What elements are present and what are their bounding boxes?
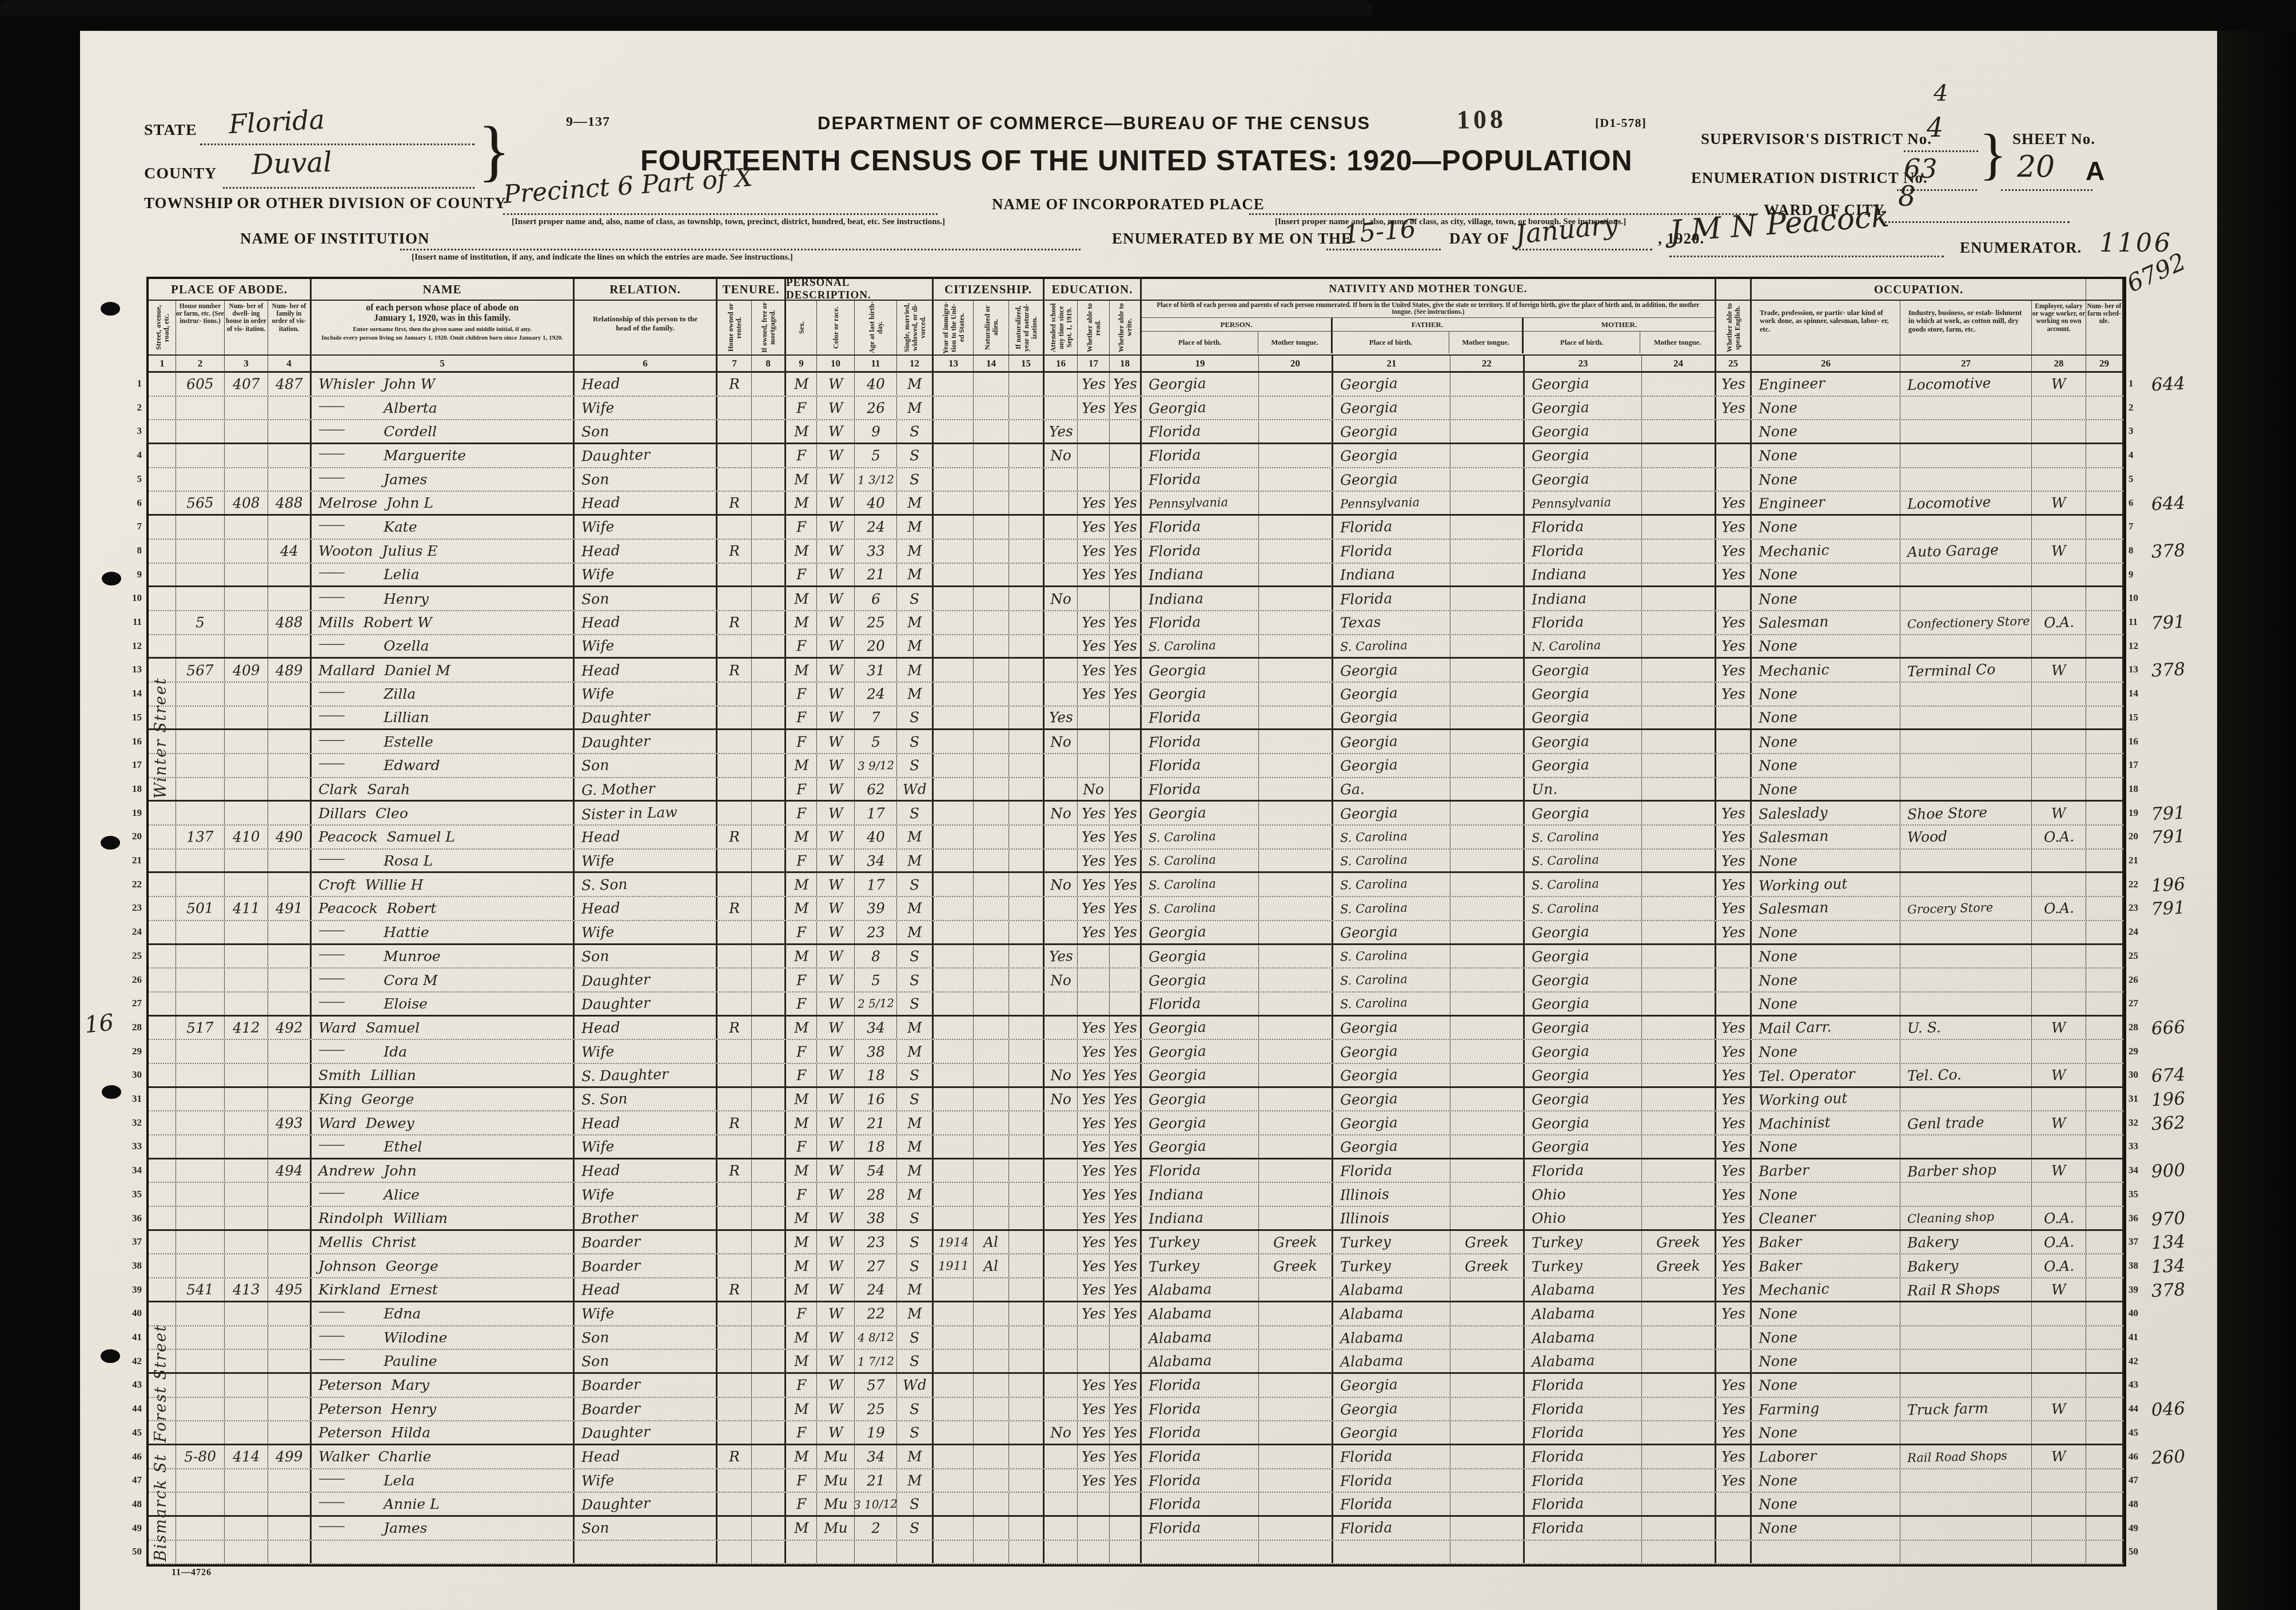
table-cell [1009, 1517, 1045, 1540]
table-cell: W [817, 850, 855, 872]
street-name-label: Winter Street [152, 489, 170, 799]
table-cell: 408 [225, 492, 268, 514]
table-cell: S [897, 1326, 934, 1349]
table-cell [1045, 1183, 1078, 1206]
table-cell [2086, 1302, 2124, 1325]
table-cell [718, 969, 752, 991]
column-label: Employer, salary or wage worker, or work… [2032, 301, 2086, 333]
table-cell [1900, 873, 2032, 896]
table-cell: Yes [1110, 802, 1142, 824]
table-cell: S. Carolina [1142, 873, 1259, 896]
table-cell [2086, 468, 2124, 491]
table-cell: W [817, 1398, 855, 1421]
table-cell [752, 1231, 786, 1254]
table-cell: 57 [855, 1374, 897, 1397]
table-cell [1045, 635, 1078, 657]
column-number: 24 [1642, 356, 1716, 373]
table-cell [1009, 921, 1045, 943]
table-cell: Daughter [575, 993, 718, 1015]
table-cell: F [786, 1421, 817, 1444]
table-cell [225, 1088, 268, 1111]
table-cell: W [2032, 373, 2086, 396]
table-row: ——AliceWifeFW28MYesYesIndianaIllinoisOhi… [149, 1183, 2124, 1207]
table-cell [934, 1111, 974, 1134]
sheet-label: SHEET No. [2012, 130, 2095, 148]
table-cell: Florida [1525, 1421, 1642, 1444]
table-cell: Indiana [1142, 1207, 1259, 1229]
table-cell: Auto Garage [1900, 540, 2032, 563]
table-cell [2032, 969, 2086, 991]
table-cell: W [817, 1183, 855, 1206]
table-cell [2086, 420, 2124, 443]
table-cell: S. Carolina [1333, 850, 1450, 872]
table-cell [2032, 1183, 2086, 1206]
table-cell [176, 1517, 225, 1540]
table-cell: Florida [1333, 1159, 1450, 1182]
table-cell [752, 1183, 786, 1206]
table-cell: Daughter [575, 707, 718, 729]
table-cell [1642, 754, 1716, 777]
table-cell [1900, 1040, 2032, 1063]
table-cell: Head [575, 373, 718, 396]
institution-note: [Insert name of institution, if any, and… [412, 253, 793, 262]
table-cell: Working out [1752, 873, 1900, 896]
table-cell: ——Wilodine [312, 1326, 575, 1349]
table-cell [1110, 444, 1142, 467]
table-cell: W [817, 969, 855, 991]
table-cell [1900, 850, 2032, 872]
table-cell [718, 1183, 752, 1206]
column-number: 15 [1009, 356, 1045, 373]
table-cell: Yes [1110, 1064, 1142, 1086]
table-cell: M [786, 1088, 817, 1111]
table-cell: Yes [1110, 492, 1142, 514]
table-cell [934, 1469, 974, 1492]
table-cell [752, 1326, 786, 1349]
table-cell: F [786, 707, 817, 729]
table-cell: Wife [575, 1040, 718, 1063]
table-cell: Florida [1142, 1159, 1259, 1182]
table-cell: Georgia [1525, 1064, 1642, 1086]
table-cell [1078, 1541, 1110, 1564]
table-cell: Terminal Co [1900, 659, 2032, 682]
row-number-left: 16 [117, 736, 142, 747]
column-label: Naturalized or alien. [983, 301, 999, 354]
table-cell: Yes [1078, 1159, 1110, 1182]
table-cell [1450, 730, 1525, 753]
table-cell: Sister in Law [575, 802, 718, 824]
table-cell [1450, 1111, 1525, 1134]
table-cell: Georgia [1142, 1064, 1259, 1086]
table-cell: Cleaner [1752, 1207, 1900, 1229]
table-cell [934, 993, 974, 1015]
table-cell [1900, 1088, 2032, 1111]
supervisor-value-above: 4 [1934, 80, 1948, 106]
table-cell [1009, 1135, 1045, 1158]
table-cell [1009, 468, 1045, 491]
table-cell [1259, 873, 1333, 896]
table-cell: 492 [268, 1017, 312, 1039]
table-cell [1110, 468, 1142, 491]
table-cell [1716, 969, 1752, 991]
table-cell: Georgia [1525, 754, 1642, 777]
table-cell [974, 1302, 1009, 1325]
column-label: Attended school any time since Sept. 1, … [1049, 301, 1073, 354]
table-cell [718, 1254, 752, 1277]
table-cell [1642, 683, 1716, 706]
table-cell: Laborer [1752, 1445, 1900, 1468]
table-cell: 23 [855, 921, 897, 943]
row-number-right: 17 [2128, 759, 2138, 771]
table-cell: Ga. [1333, 778, 1450, 800]
table-cell: Yes [1078, 683, 1110, 706]
table-cell: Yes [1110, 1445, 1142, 1468]
table-cell [1110, 420, 1142, 443]
table-cell: M [786, 659, 817, 682]
table-cell [1450, 444, 1525, 467]
table-cell: Greek [1259, 1231, 1333, 1254]
table-cell [1642, 897, 1716, 920]
table-cell [1259, 1207, 1333, 1229]
table-cell: 5-80 [176, 1445, 225, 1468]
table-cell [934, 1517, 974, 1540]
table-cell: CroftWillie H [312, 873, 575, 896]
table-cell [1259, 659, 1333, 682]
table-cell: S. Carolina [1333, 826, 1450, 848]
table-cell [225, 730, 268, 753]
column-label: Single, married, widowed, or di- vorced. [903, 301, 927, 354]
table-cell: Florida [1142, 993, 1259, 1015]
table-cell: Daughter [575, 730, 718, 753]
table-cell [934, 1445, 974, 1468]
row-number-left: 3 [117, 425, 142, 437]
table-cell: W [817, 802, 855, 824]
table-row: ——EloiseDaughterFW2 5/12SFloridaS. Carol… [149, 993, 2124, 1017]
table-cell [1450, 1135, 1525, 1158]
table-cell [974, 802, 1009, 824]
table-cell [1009, 683, 1045, 706]
table-cell: W [817, 540, 855, 563]
table-cell: W [817, 921, 855, 943]
table-cell: Wife [575, 850, 718, 872]
table-cell: None [1752, 921, 1900, 943]
table-cell [268, 1231, 312, 1254]
table-cell [149, 373, 176, 396]
column-label: If owned, free or mortgaged. [760, 301, 776, 354]
table-cell [1009, 945, 1045, 968]
table-cell: None [1752, 945, 1900, 968]
table-cell: W [817, 397, 855, 420]
table-cell: W [817, 1302, 855, 1325]
table-cell: None [1752, 1469, 1900, 1492]
table-cell [176, 1350, 225, 1372]
table-cell [1259, 802, 1333, 824]
table-cell: U. S. [1900, 1017, 2032, 1039]
table-cell: M [786, 373, 817, 396]
group-header: PERSONAL DESCRIPTION. [786, 279, 934, 301]
table-cell: Wife [575, 1469, 718, 1492]
table-cell [1716, 778, 1752, 800]
table-cell: Barber shop [1900, 1159, 2032, 1182]
table-cell [974, 587, 1009, 610]
table-cell [2086, 1159, 2124, 1182]
table-cell [1110, 969, 1142, 991]
row-number-right: 3 [2128, 425, 2134, 437]
row-number-left: 14 [117, 688, 142, 699]
table-cell: S. Carolina [1333, 897, 1450, 920]
street-name-label: Bismarck St [152, 1442, 170, 1562]
table-cell [1716, 1493, 1752, 1515]
table-cell [934, 850, 974, 872]
table-cell: Alabama [1333, 1278, 1450, 1301]
table-cell [1450, 873, 1525, 896]
table-cell [1450, 754, 1525, 777]
table-cell [268, 564, 312, 586]
table-cell [2032, 587, 2086, 610]
table-cell: Illinois [1333, 1183, 1450, 1206]
table-cell: Yes [1078, 516, 1110, 539]
table-cell [1900, 683, 2032, 706]
table-cell: ——Alice [312, 1183, 575, 1206]
table-cell: W [817, 707, 855, 729]
table-cell: 24 [855, 516, 897, 539]
column-label: Color or race. [832, 306, 840, 349]
table-cell [1450, 802, 1525, 824]
table-cell: Son [575, 754, 718, 777]
table-cell [934, 1326, 974, 1349]
table-cell [225, 969, 268, 991]
table-cell: Indiana [1525, 587, 1642, 610]
table-cell [1450, 1398, 1525, 1421]
table-cell: 31 [855, 659, 897, 682]
table-cell [1450, 778, 1525, 800]
row-number-right: 26 [2128, 974, 2138, 986]
table-cell [1259, 635, 1333, 657]
table-cell: None [1752, 993, 1900, 1015]
table-cell: Wife [575, 1183, 718, 1206]
table-cell [1009, 1278, 1045, 1301]
table-cell: Yes [1716, 1064, 1752, 1086]
table-cell: ——Pauline [312, 1350, 575, 1372]
table-cell [2086, 444, 2124, 467]
table-cell: Georgia [1333, 1111, 1450, 1134]
table-cell [1900, 969, 2032, 991]
table-cell [268, 1302, 312, 1325]
table-cell: None [1752, 635, 1900, 657]
table-cell [718, 1207, 752, 1229]
table-cell [1752, 1541, 1900, 1564]
table-cell [1450, 1207, 1525, 1229]
table-cell [934, 754, 974, 777]
table-cell: S [897, 969, 934, 991]
table-cell: 19 [855, 1421, 897, 1444]
table-cell: Georgia [1333, 802, 1450, 824]
table-cell [1900, 730, 2032, 753]
column-number: 10 [817, 356, 855, 373]
table-cell [268, 1135, 312, 1158]
table-cell [2032, 1469, 2086, 1492]
table-cell [752, 373, 786, 396]
table-cell: Yes [1716, 850, 1752, 872]
table-cell: None [1752, 850, 1900, 872]
column-number: 13 [934, 356, 974, 373]
table-cell [752, 492, 786, 514]
table-row: KingGeorgeS. SonMW16SNoYesYesGeorgiaGeor… [149, 1088, 2124, 1112]
institution-label: NAME OF INSTITUTION [240, 230, 430, 248]
table-cell: 34 [855, 1017, 897, 1039]
table-cell [1045, 683, 1078, 706]
table-cell: Georgia [1333, 1040, 1450, 1063]
table-cell: Wife [575, 564, 718, 586]
table-cell: 62 [855, 778, 897, 800]
row-number-left: 12 [117, 640, 142, 652]
table-cell [934, 468, 974, 491]
table-cell: Florida [1142, 540, 1259, 563]
table-cell [1009, 516, 1045, 539]
table-cell [2032, 1493, 2086, 1515]
table-cell [1450, 897, 1525, 920]
table-cell: M [897, 564, 934, 586]
table-cell: ——Ozella [312, 635, 575, 657]
table-cell: W [817, 993, 855, 1015]
table-cell: R [718, 659, 752, 682]
table-cell: M [786, 1326, 817, 1349]
table-cell: Georgia [1142, 802, 1259, 824]
table-cell [1642, 1493, 1716, 1515]
table-cell: Georgia [1333, 1017, 1450, 1039]
table-cell [1259, 1421, 1333, 1444]
table-cell: None [1752, 969, 1900, 991]
table-cell: Georgia [1525, 707, 1642, 729]
row-number-left: 39 [117, 1284, 142, 1296]
table-row: 493WardDeweyHeadRMW21MYesYesGeorgiaGeorg… [149, 1111, 2124, 1135]
table-cell: Son [575, 1517, 718, 1540]
table-cell [1259, 707, 1333, 729]
table-cell: W [817, 1159, 855, 1182]
table-cell: Yes [1716, 373, 1752, 396]
row-number-left: 40 [117, 1308, 142, 1319]
table-cell [752, 420, 786, 443]
table-cell [934, 540, 974, 563]
table-cell: Pennsylvania [1525, 492, 1642, 514]
table-cell [974, 468, 1009, 491]
table-cell [1259, 540, 1333, 563]
table-cell: 565 [176, 492, 225, 514]
row-number-left: 24 [117, 926, 142, 938]
table-cell: Mu [817, 1493, 855, 1515]
table-cell: F [786, 397, 817, 420]
table-cell: Georgia [1525, 659, 1642, 682]
table-cell: Head [575, 1159, 718, 1182]
table-cell [176, 945, 225, 968]
table-cell: R [718, 1159, 752, 1182]
table-row: DillarsCleoSister in LawFW17SNoYesYesGeo… [149, 802, 2124, 826]
row-number-right: 15 [2128, 712, 2138, 723]
table-cell: Yes [1078, 921, 1110, 943]
table-cell: None [1752, 778, 1900, 800]
table-cell: Truck farm [1900, 1398, 2032, 1421]
table-cell [752, 707, 786, 729]
table-cell [268, 683, 312, 706]
enumerated-mid: DAY OF [1449, 230, 1509, 248]
table-cell [2086, 611, 2124, 634]
table-cell: O.A. [2032, 1254, 2086, 1277]
table-cell [2086, 1493, 2124, 1515]
table-cell [1900, 444, 2032, 467]
table-row: ——CordellSonMW9SYesFloridaGeorgiaGeorgia… [149, 420, 2124, 444]
table-cell [974, 1326, 1009, 1349]
table-cell [225, 1493, 268, 1515]
table-cell: M [786, 492, 817, 514]
table-cell [1259, 1278, 1333, 1301]
table-cell [752, 397, 786, 420]
table-cell [718, 1469, 752, 1492]
table-cell [2086, 945, 2124, 968]
table-cell: Wife [575, 635, 718, 657]
table-cell: 414 [225, 1445, 268, 1468]
table-cell: Yes [1716, 1135, 1752, 1158]
table-cell: S [897, 754, 934, 777]
table-cell: Yes [1110, 1207, 1142, 1229]
table-row: CroftWillie HS. SonMW17SNoYesYesS. Carol… [149, 873, 2124, 897]
table-cell [2086, 1088, 2124, 1111]
table-cell [2086, 1398, 2124, 1421]
table-cell: Boarder [575, 1231, 718, 1254]
table-row: ——MargueriteDaughterFW5SNoFloridaGeorgia… [149, 444, 2124, 468]
table-cell [934, 1135, 974, 1158]
table-cell: Florida [1333, 587, 1450, 610]
supervisor-line [1904, 150, 1978, 152]
table-cell [1045, 754, 1078, 777]
table-cell [718, 1541, 752, 1564]
column-number: 21 [1333, 356, 1450, 373]
table-cell: S [897, 587, 934, 610]
table-cell: Florida [1525, 1159, 1642, 1182]
table-cell [974, 1445, 1009, 1468]
table-cell: 413 [225, 1278, 268, 1301]
table-cell: R [718, 1111, 752, 1134]
table-cell [752, 468, 786, 491]
table-cell: Boarder [575, 1398, 718, 1421]
table-cell: No [1045, 1421, 1078, 1444]
table-cell [176, 1183, 225, 1206]
table-cell [1045, 1350, 1078, 1372]
row-number-right: 39 [2128, 1284, 2138, 1296]
table-cell: WhislerJohn W [312, 373, 575, 396]
table-cell [1450, 1064, 1525, 1086]
table-cell: Ohio [1525, 1207, 1642, 1229]
township-line [503, 213, 938, 215]
table-cell: MillsRobert W [312, 611, 575, 634]
table-cell: M [786, 1111, 817, 1134]
table-cell [974, 921, 1009, 943]
table-cell: W [817, 516, 855, 539]
row-number-right: 28 [2128, 1022, 2138, 1033]
margin-code: 196 [2151, 874, 2186, 896]
table-cell: Daughter [575, 444, 718, 467]
table-cell: Georgia [1333, 659, 1450, 682]
table-cell: Yes [1716, 1469, 1752, 1492]
table-cell: W [2032, 659, 2086, 682]
table-cell: W [2032, 1445, 2086, 1468]
table-cell: Yes [1716, 1445, 1752, 1468]
table-cell [934, 778, 974, 800]
table-cell [225, 516, 268, 539]
table-cell: Yes [1078, 659, 1110, 682]
table-cell [176, 1374, 225, 1397]
table-cell: S. Carolina [1525, 850, 1642, 872]
table-cell [1900, 397, 2032, 420]
